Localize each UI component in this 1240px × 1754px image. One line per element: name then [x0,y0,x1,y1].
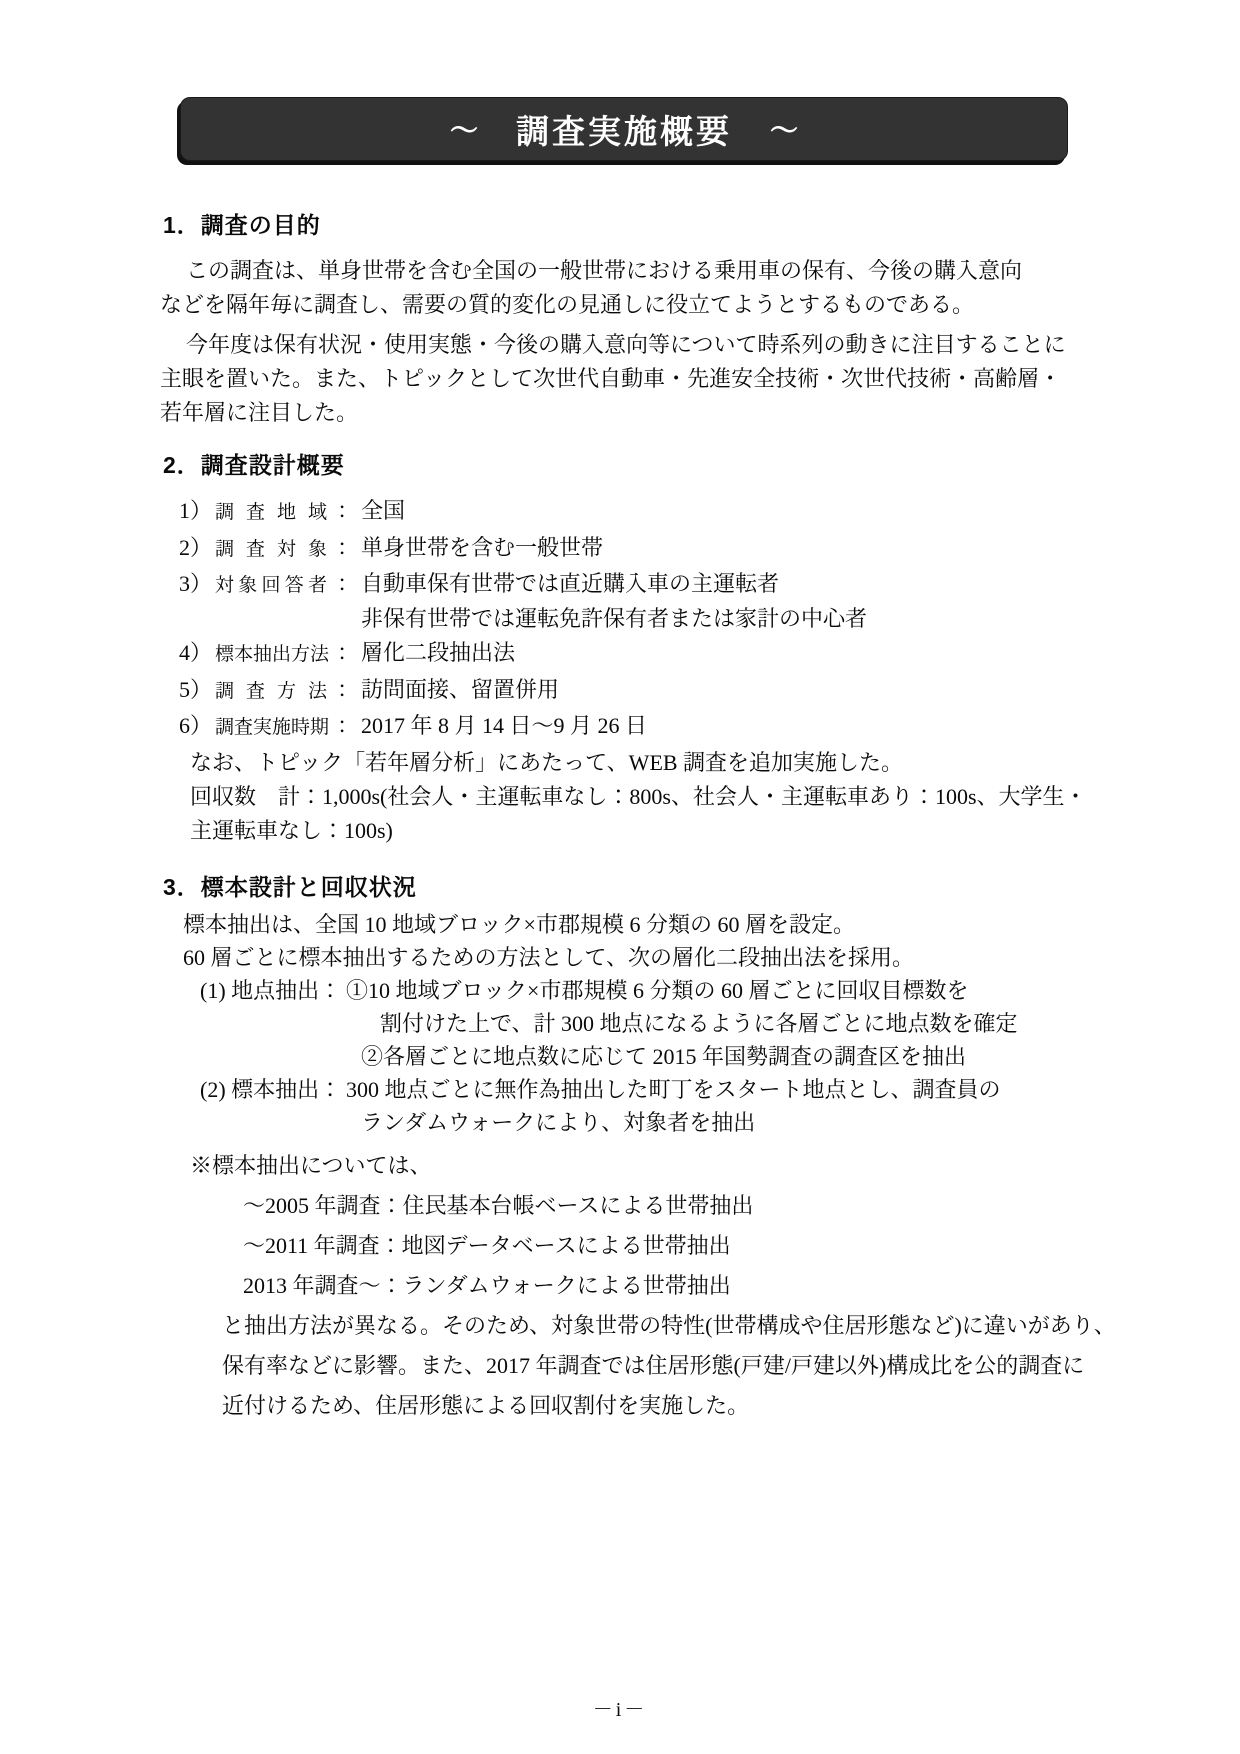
section1-paragraph2: 今年度は保有状況・使用実態・今後の購入意向等について時系列の動きに注目することに… [0,328,1240,430]
item-colon: ： [337,673,359,710]
step-line: 割付けた上で、計 300 地点になるように各層ごとに地点数を確定 [346,1007,1018,1040]
document-page: ～ 調査実施概要 ～ 1．調査の目的 この調査は、単身世帯を含む全国の一般世帯に… [0,0,1240,1754]
step-line: 300 地点ごとに無作為抽出した町丁をスタート地点とし、調査員の [346,1073,1001,1106]
section2-heading: 2．調査設計概要 [163,450,1240,480]
item-colon: ： [337,709,359,746]
remark-item: ～2011 年調査：地図データベースによる世帯抽出 [243,1226,1240,1266]
step-line: ②各層ごとに地点数に応じて 2015 年国勢調査の調査区を抽出 [346,1040,1018,1073]
item-value: 単身世帯を含む一般世帯 [361,531,603,566]
paragraph-line: 60 層ごとに標本抽出するための方法として、次の層化二段抽出法を採用。 [183,941,1240,974]
item-colon: ： [337,636,359,673]
paragraph-line: 今年度は保有状況・使用実態・今後の購入意向等について時系列の動きに注目することに [160,328,1240,362]
note-line: なお、トピック「若年層分析」にあたって、WEB 調査を追加実施した。 [190,746,1240,780]
step-line: ①10 地域ブロック×市郡規模 6 分類の 60 層ごとに回収目標数を [346,974,1018,1007]
step-label: (1) 地点抽出： [200,974,346,1073]
remark-item: 2013 年調査～：ランダムウォークによる世帯抽出 [243,1266,1240,1306]
section1-paragraph1: この調査は、単身世帯を含む全国の一般世帯における乗用車の保有、今後の購入意向 な… [0,254,1240,322]
item-label: 標本抽出方法 [215,636,327,673]
item-number: 4） [179,636,215,673]
item-number: 3） [179,567,215,636]
item-colon: ： [337,567,359,636]
remark-item: ～2005 年調査：住民基本台帳ベースによる世帯抽出 [243,1186,1240,1226]
design-item-region: 1） 調査地域 ： 全国 [179,494,1240,531]
section2-notes: なお、トピック「若年層分析」にあたって、WEB 調査を追加実施した。 回収数 計… [0,746,1240,848]
remark-heading: ※標本抽出については、 [190,1146,1240,1186]
item-colon: ： [337,531,359,568]
design-item-target: 2） 調査対象 ： 単身世帯を含む一般世帯 [179,531,1240,568]
remark-line: と抽出方法が異なる。そのため、対象世帯の特性(世帯構成や住居形態など)に違いがあ… [222,1306,1240,1346]
title-bar: ～ 調査実施概要 ～ [180,97,1068,161]
section3-heading: 3．標本設計と回収状況 [163,872,1240,902]
section3-body: 標本抽出は、全国 10 地域ブロック×市郡規模 6 分類の 60 層を設定。 6… [0,908,1240,1426]
step-line: ランダムウォークにより、対象者を抽出 [346,1106,1001,1139]
survey-design-list: 1） 調査地域 ： 全国 2） 調査対象 ： 単身世帯を含む一般世帯 3） 対象… [0,494,1240,746]
sampling-step-2: (2) 標本抽出： 300 地点ごとに無作為抽出した町丁をスタート地点とし、調査… [200,1073,1240,1139]
paragraph-line: 主眼を置いた。また、トピックとして次世代自動車・先進安全技術・次世代技術・高齢層… [160,362,1240,396]
item-label: 調査実施時期 [215,709,327,746]
item-label: 調査地域 [215,494,327,531]
item-label: 調査対象 [215,531,327,568]
title-tilde-left: ～ [450,109,478,149]
paragraph-line: 若年層に注目した。 [160,396,1240,430]
design-item-survey-period: 6） 調査実施時期 ： 2017 年 8 月 14 日～9 月 26 日 [179,709,1240,746]
remark-line: 保有率などに影響。また、2017 年調査では住居形態(戸建/戸建以外)構成比を公… [222,1346,1240,1386]
item-number: 5） [179,673,215,710]
design-item-sampling-method: 4） 標本抽出方法 ： 層化二段抽出法 [179,636,1240,673]
design-item-respondent: 3） 対象回答者 ： 自動車保有世帯では直近購入車の主運転者 非保有世帯では運転… [179,567,1240,636]
paragraph-line: この調査は、単身世帯を含む全国の一般世帯における乗用車の保有、今後の購入意向 [160,254,1240,288]
design-item-survey-method: 5） 調査方法 ： 訪問面接、留置併用 [179,673,1240,710]
item-value: 訪問面接、留置併用 [361,673,559,708]
title-tilde-right: ～ [770,109,798,149]
section1-heading: 1．調査の目的 [163,210,1240,240]
item-value: 層化二段抽出法 [361,636,515,671]
item-number: 1） [179,494,215,531]
step-label: (2) 標本抽出： [200,1073,346,1139]
note-line: 回収数 計：1,000s(社会人・主運転車なし：800s、社会人・主運転車あり：… [190,780,1240,814]
item-label: 対象回答者 [215,567,327,636]
item-number: 6） [179,709,215,746]
remark-line: 近付けるため、住居形態による回収割付を実施した。 [222,1386,1240,1426]
item-value: 2017 年 8 月 14 日～9 月 26 日 [361,709,647,744]
sampling-remark: ※標本抽出については、 ～2005 年調査：住民基本台帳ベースによる世帯抽出 ～… [0,1146,1240,1426]
item-value: 全国 [361,494,405,529]
item-value: 非保有世帯では運転免許保有者または家計の中心者 [361,602,867,637]
paragraph-line: などを隔年毎に調査し、需要の質的変化の見通しに役立てようとするものである。 [160,288,1240,322]
note-line: 主運転車なし：100s) [190,814,1240,848]
item-colon: ： [337,494,359,531]
page-title: 調査実施概要 [516,106,732,153]
paragraph-line: 標本抽出は、全国 10 地域ブロック×市郡規模 6 分類の 60 層を設定。 [183,908,1240,941]
page-number: －i－ [0,1693,1240,1722]
sampling-step-1: (1) 地点抽出： ①10 地域ブロック×市郡規模 6 分類の 60 層ごとに回… [200,974,1240,1073]
item-value: 自動車保有世帯では直近購入車の主運転者 [361,567,867,602]
item-label: 調査方法 [215,673,327,710]
item-number: 2） [179,531,215,568]
